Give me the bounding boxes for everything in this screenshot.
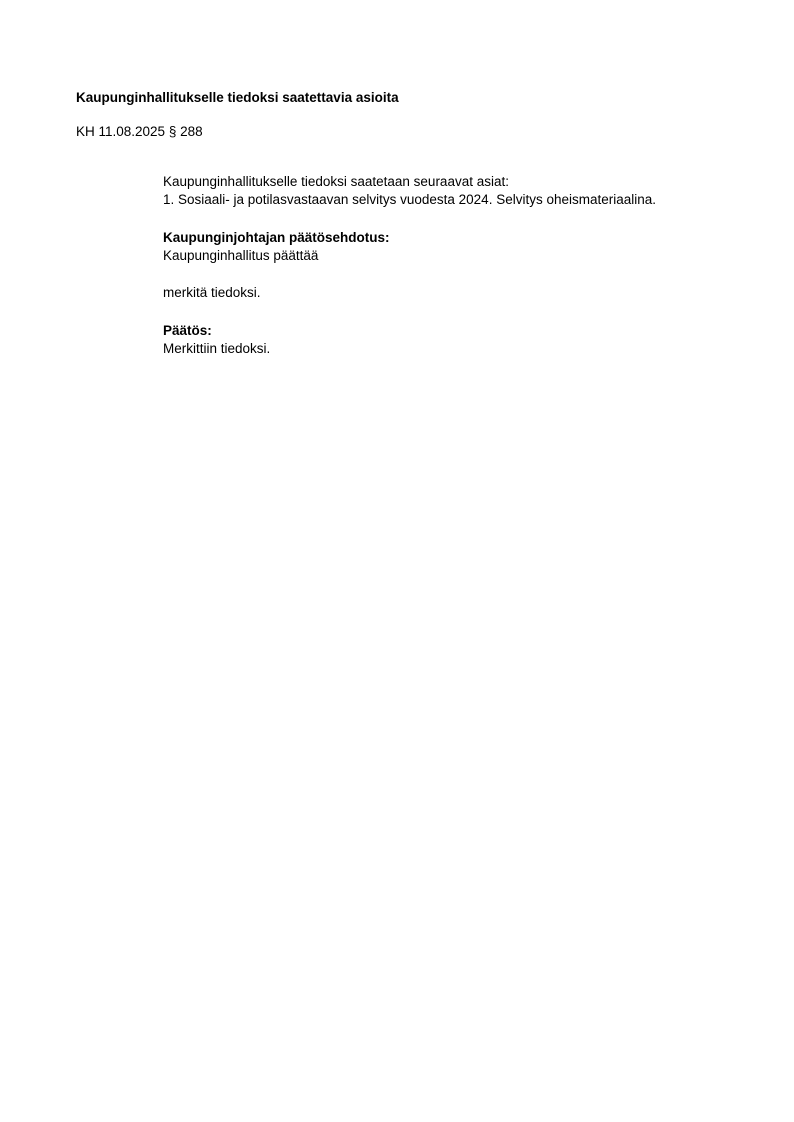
proposal-heading: Kaupunginjohtajan päätösehdotus:	[163, 230, 390, 246]
decision-heading: Päätös:	[163, 323, 212, 339]
proposal-action: merkitä tiedoksi.	[163, 285, 261, 301]
list-item: 1. Sosiaali- ja potilasvastaavan selvity…	[163, 192, 656, 208]
decision-text: Merkittiin tiedoksi.	[163, 341, 270, 357]
intro-text: Kaupunginhallitukselle tiedoksi saatetaa…	[163, 174, 509, 190]
meeting-reference: KH 11.08.2025 § 288	[76, 124, 203, 140]
proposal-text: Kaupunginhallitus päättää	[163, 248, 318, 264]
document-title: Kaupunginhallitukselle tiedoksi saatetta…	[76, 90, 399, 106]
